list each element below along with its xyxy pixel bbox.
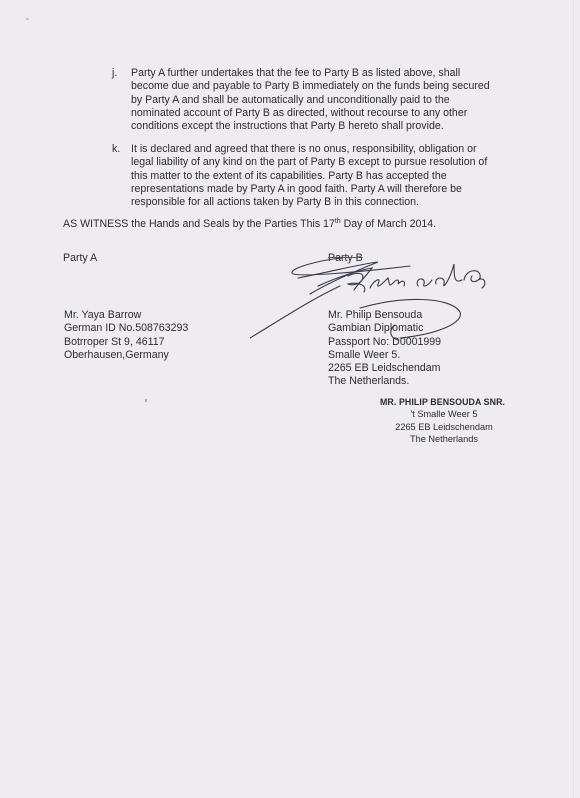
- stamp-postcode: 2265 EB Leidschendam: [388, 421, 500, 433]
- page-edge: [573, 0, 574, 798]
- party-b-country: The Netherlands.: [328, 375, 441, 388]
- party-b-postcode: 2265 EB Leidschendam: [328, 362, 441, 375]
- party-b-name: Mr. Philip Bensouda: [328, 309, 441, 322]
- witness-statement: AS WITNESS the Hands and Seals by the Pa…: [63, 218, 436, 230]
- party-a-details: Mr. Yaya Barrow German ID No.508763293 B…: [64, 309, 188, 362]
- clause-j: j. Party A further undertakes that the f…: [112, 67, 492, 133]
- clause-k: k. It is declared and agreed that there …: [112, 143, 492, 209]
- clause-label: k.: [112, 143, 120, 156]
- stamp-country: The Netherlands: [388, 433, 500, 445]
- party-a-city: Oberhausen,Germany: [64, 349, 188, 362]
- party-a-id: German ID No.508763293: [64, 322, 188, 335]
- party-b-passport: Passport No: D0001999: [328, 336, 441, 349]
- party-b-title: Gambian Diplomatic: [328, 322, 441, 335]
- party-a-street: Botrroper St 9, 46117: [64, 336, 188, 349]
- stamp-street: 't Smalle Weer 5: [388, 408, 500, 420]
- party-a-label: Party A: [63, 252, 97, 264]
- clause-text: It is declared and agreed that there is …: [131, 143, 492, 209]
- witness-suffix: Day of March 2014.: [341, 218, 436, 230]
- clause-label: j.: [112, 67, 117, 80]
- party-a-name: Mr. Yaya Barrow: [64, 309, 188, 322]
- scan-speck: [145, 399, 147, 402]
- clause-text: Party A further undertakes that the fee …: [131, 67, 492, 133]
- party-b-street: Smalle Weer 5.: [328, 349, 441, 362]
- scan-speck: [26, 18, 29, 20]
- address-stamp: MR. PHILIP BENSOUDA SNR. 't Smalle Weer …: [388, 396, 500, 445]
- witness-prefix: AS WITNESS the Hands and Seals by the Pa…: [63, 218, 335, 230]
- party-b-label: Party B: [328, 252, 363, 264]
- party-b-details: Mr. Philip Bensouda Gambian Diplomatic P…: [328, 309, 441, 389]
- stamp-name: MR. PHILIP BENSOUDA SNR.: [380, 396, 500, 408]
